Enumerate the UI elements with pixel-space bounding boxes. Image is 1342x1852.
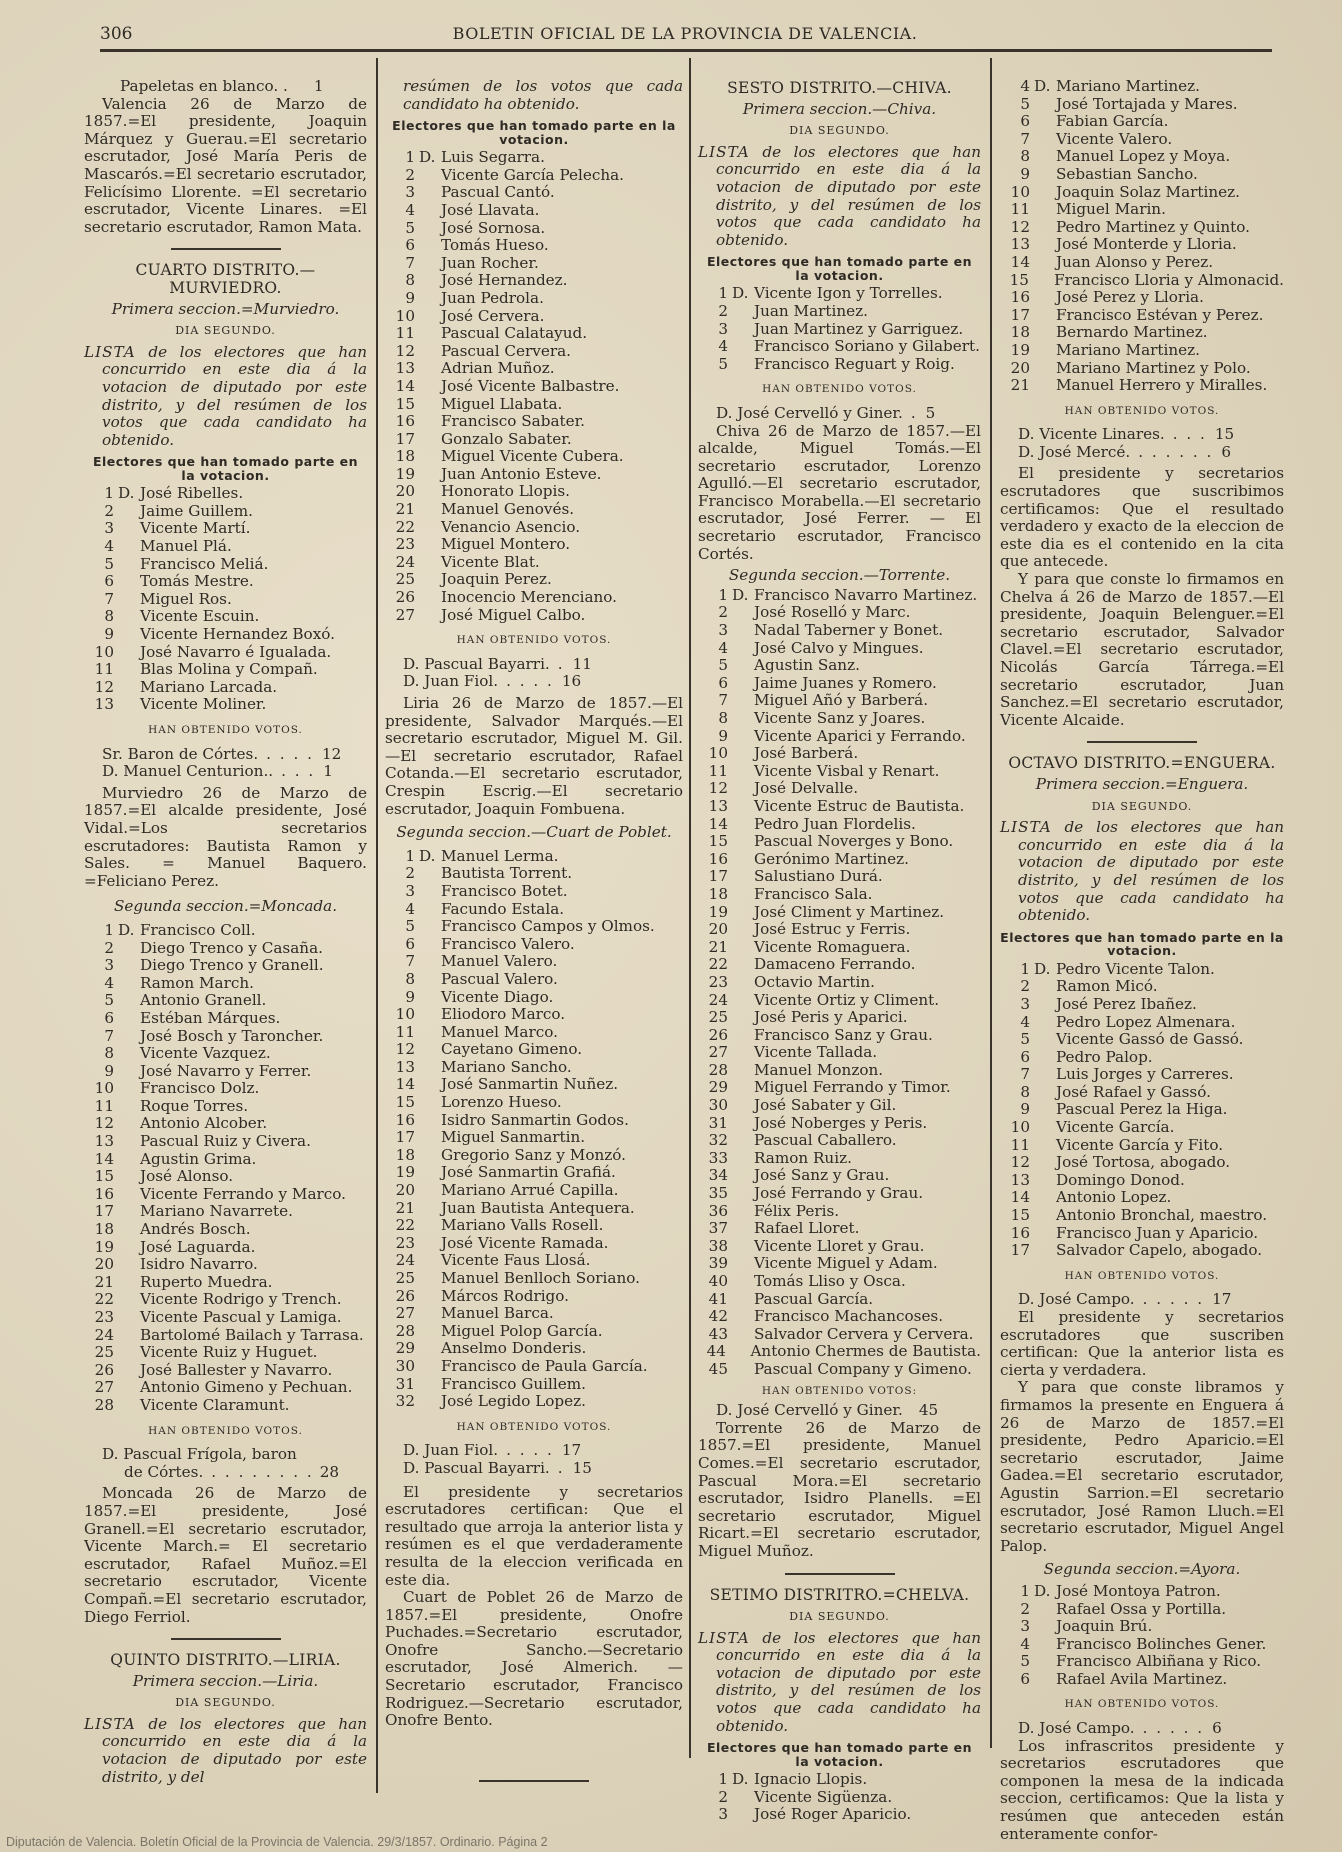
elector-name: Tomás Hueso. bbox=[441, 237, 683, 255]
elector-row: 20Mariano Arrué Capilla. bbox=[385, 1182, 683, 1200]
elector-name: José Miguel Calbo. bbox=[441, 607, 683, 625]
elector-number: 17 bbox=[385, 1129, 419, 1147]
elector-row: 14Antonio Lopez. bbox=[1000, 1189, 1284, 1207]
honorific bbox=[118, 1098, 140, 1116]
honorific: D. bbox=[118, 485, 140, 503]
elector-name: Honorato Llopis. bbox=[441, 483, 683, 501]
elector-list: 1D.Pedro Vicente Talon.2Ramon Micó.3José… bbox=[1000, 961, 1284, 1260]
elector-row: 4D.Mariano Martinez. bbox=[1000, 78, 1284, 96]
elector-number: 37 bbox=[698, 1220, 732, 1238]
elector-number: 16 bbox=[698, 851, 732, 869]
elector-number: 4 bbox=[84, 538, 118, 556]
honorific bbox=[419, 936, 441, 954]
elector-row: 16Vicente Ferrando y Marco. bbox=[84, 1186, 367, 1204]
honorific bbox=[732, 640, 754, 658]
elector-number: 12 bbox=[1000, 1154, 1034, 1172]
elector-name: Félix Peris. bbox=[754, 1203, 981, 1221]
elector-row: 12José Delvalle. bbox=[698, 780, 981, 798]
honorific bbox=[419, 237, 441, 255]
honorific bbox=[419, 1182, 441, 1200]
elector-number: 16 bbox=[1000, 289, 1034, 307]
elector-row: 24Vicente Faus Llosá. bbox=[385, 1252, 683, 1270]
elector-number: 15 bbox=[84, 1168, 118, 1186]
vote-row: Sr. Baron de Córtes.. . . .12 bbox=[84, 746, 367, 764]
elector-row: 40Tomás Lliso y Osca. bbox=[698, 1273, 981, 1291]
elector-name: Ramon Ruiz. bbox=[754, 1150, 981, 1168]
elector-row: 15Francisco Lloria y Almonacid. bbox=[1000, 272, 1284, 290]
elector-number: 5 bbox=[1000, 1031, 1034, 1049]
elector-name: Bernardo Martinez. bbox=[1056, 324, 1284, 342]
honorific bbox=[419, 1376, 441, 1394]
elector-name: José Montoya Patron. bbox=[1056, 1583, 1284, 1601]
elector-number: 22 bbox=[698, 956, 732, 974]
elector-row: 17Francisco Estévan y Perez. bbox=[1000, 307, 1284, 325]
honorific bbox=[118, 1028, 140, 1046]
elector-number: 26 bbox=[84, 1362, 118, 1380]
elector-name: Vicente Sanz y Joares. bbox=[754, 710, 981, 728]
elector-number: 12 bbox=[84, 1115, 118, 1133]
day-label: DIA SEGUNDO. bbox=[698, 122, 981, 140]
elector-number: 14 bbox=[385, 1076, 419, 1094]
elector-name: Francisco Albiñana y Rico. bbox=[1056, 1653, 1284, 1671]
elector-number: 9 bbox=[385, 989, 419, 1007]
elector-row: 29Miguel Ferrando y Timor. bbox=[698, 1079, 981, 1097]
honorific bbox=[118, 1362, 140, 1380]
elector-name: Jaime Juanes y Romero. bbox=[754, 675, 981, 693]
honorific bbox=[1034, 254, 1056, 272]
elector-name: Francisco Dolz. bbox=[140, 1080, 367, 1098]
elector-name: José Estruc y Ferris. bbox=[754, 921, 981, 939]
honorific bbox=[118, 1397, 140, 1415]
elector-row: 2Juan Martinez. bbox=[698, 303, 981, 321]
elector-row: 1D.Luis Segarra. bbox=[385, 149, 683, 167]
elector-number: 9 bbox=[84, 1063, 118, 1081]
honorific bbox=[732, 868, 754, 886]
elector-name: Manuel Barca. bbox=[441, 1305, 683, 1323]
elector-name: Vicente Diago. bbox=[441, 989, 683, 1007]
honorific bbox=[118, 975, 140, 993]
honorific bbox=[732, 1185, 754, 1203]
honorific bbox=[118, 626, 140, 644]
honorific bbox=[419, 571, 441, 589]
elector-row: 16Gerónimo Martinez. bbox=[698, 851, 981, 869]
elector-list: 1D.Luis Segarra.2Vicente García Pelecha.… bbox=[385, 149, 683, 624]
vote-row: D. Vicente Linares.. . .15 bbox=[1000, 426, 1284, 444]
votes-heading: HAN OBTENIDO VOTOS. bbox=[698, 381, 981, 399]
elector-number: 22 bbox=[385, 1217, 419, 1235]
elector-row: 21Manuel Herrero y Miralles. bbox=[1000, 377, 1284, 395]
candidate-name: D. Vicente Linares. bbox=[1018, 426, 1165, 444]
honorific: D. bbox=[732, 587, 754, 605]
elector-number: 8 bbox=[84, 1045, 118, 1063]
elector-number: 45 bbox=[698, 1361, 732, 1379]
elector-name: Vicente Martí. bbox=[140, 520, 367, 538]
elector-row: 25Joaquin Perez. bbox=[385, 571, 683, 589]
elector-row: 45Pascual Company y Gimeno. bbox=[698, 1361, 981, 1379]
honorific bbox=[419, 1358, 441, 1376]
elector-row: 32José Legido Lopez. bbox=[385, 1393, 683, 1411]
elector-name: Vicente Igon y Torrelles. bbox=[754, 285, 981, 303]
elector-number: 24 bbox=[385, 554, 419, 572]
honorific bbox=[419, 536, 441, 554]
honorific bbox=[1034, 148, 1056, 166]
elector-name: Juan Pedrola. bbox=[441, 290, 683, 308]
elector-row: 2José Roselló y Marc. bbox=[698, 604, 981, 622]
elector-name: Vicente Faus Llosá. bbox=[441, 1252, 683, 1270]
elector-number: 31 bbox=[698, 1115, 732, 1133]
elector-number: 32 bbox=[385, 1393, 419, 1411]
elector-row: 17Mariano Navarrete. bbox=[84, 1203, 367, 1221]
elector-name: Mariano Navarrete. bbox=[140, 1203, 367, 1221]
elector-row: 18Miguel Vicente Cubera. bbox=[385, 448, 683, 466]
elector-name: José Navarro é Igualada. bbox=[140, 644, 367, 662]
elector-row: 14Pedro Juan Flordelis. bbox=[698, 816, 981, 834]
elector-number: 20 bbox=[1000, 360, 1034, 378]
elector-row: 29Anselmo Donderis. bbox=[385, 1340, 683, 1358]
honorific bbox=[118, 1256, 140, 1274]
leader-dots: . . . . bbox=[506, 1442, 554, 1460]
elector-number: 2 bbox=[84, 503, 118, 521]
candidate-name: Sr. Baron de Córtes. bbox=[102, 746, 258, 764]
elector-number: 5 bbox=[84, 556, 118, 574]
elector-number: 20 bbox=[84, 1256, 118, 1274]
elector-number: 12 bbox=[385, 343, 419, 361]
elector-number: 32 bbox=[698, 1132, 732, 1150]
section-title: Primera seccion.—Chiva. bbox=[698, 101, 981, 119]
elector-number: 16 bbox=[1000, 1225, 1034, 1243]
elector-row: 10Vicente García. bbox=[1000, 1119, 1284, 1137]
honorific bbox=[118, 992, 140, 1010]
elector-name: Miguel Sanmartin. bbox=[441, 1129, 683, 1147]
elector-row: 15José Alonso. bbox=[84, 1168, 367, 1186]
elector-name: Vicente Vazquez. bbox=[140, 1045, 367, 1063]
elector-number: 2 bbox=[698, 303, 732, 321]
elector-row: 7Luis Jorges y Carreres. bbox=[1000, 1066, 1284, 1084]
elector-row: 15Antonio Bronchal, maestro. bbox=[1000, 1207, 1284, 1225]
section-title: Primera seccion.—Liria. bbox=[84, 1673, 367, 1691]
elector-row: 19José Laguarda. bbox=[84, 1239, 367, 1257]
elector-name: José Noberges y Peris. bbox=[754, 1115, 981, 1133]
elector-number: 25 bbox=[385, 1270, 419, 1288]
elector-row: 26José Ballester y Navarro. bbox=[84, 1362, 367, 1380]
elector-name: Isidro Sanmartin Godos. bbox=[441, 1112, 683, 1130]
elector-row: 25José Peris y Aparici. bbox=[698, 1009, 981, 1027]
vote-count: 6 bbox=[1212, 1720, 1222, 1738]
elector-name: José Sabater y Gil. bbox=[754, 1097, 981, 1115]
elector-row: 7Miguel Añó y Barberá. bbox=[698, 692, 981, 710]
elector-number: 25 bbox=[385, 571, 419, 589]
elector-number: 19 bbox=[84, 1239, 118, 1257]
honorific bbox=[1034, 131, 1056, 149]
elector-row: 13Mariano Sancho. bbox=[385, 1059, 683, 1077]
elector-name: Joaquin Brú. bbox=[1056, 1618, 1284, 1636]
elector-row: 9Sebastian Sancho. bbox=[1000, 166, 1284, 184]
elector-row: 30Francisco de Paula García. bbox=[385, 1358, 683, 1376]
honorific bbox=[732, 992, 754, 1010]
honorific bbox=[419, 1235, 441, 1253]
honorific bbox=[419, 431, 441, 449]
elector-row: 8Pascual Valero. bbox=[385, 971, 683, 989]
elector-row: 41Pascual García. bbox=[698, 1291, 981, 1309]
elector-name: Miguel Añó y Barberá. bbox=[754, 692, 981, 710]
votes-heading: HAN OBTENIDO VOTOS. bbox=[385, 1419, 683, 1437]
honorific bbox=[1034, 1066, 1056, 1084]
elector-number: 12 bbox=[1000, 219, 1034, 237]
electors-heading: Electores que han tomado parte en la vot… bbox=[1000, 931, 1284, 958]
elector-number: 44 bbox=[698, 1343, 730, 1361]
elector-name: José Delvalle. bbox=[754, 780, 981, 798]
elector-row: 4Ramon March. bbox=[84, 975, 367, 993]
elector-name: Vicente Ruiz y Huguet. bbox=[140, 1344, 367, 1362]
honorific bbox=[732, 321, 754, 339]
honorific bbox=[419, 343, 441, 361]
elector-row: 37Rafael Lloret. bbox=[698, 1220, 981, 1238]
elector-row: 22Mariano Valls Rosell. bbox=[385, 1217, 683, 1235]
elector-row: 27Vicente Tallada. bbox=[698, 1044, 981, 1062]
elector-number: 3 bbox=[698, 1806, 732, 1824]
elector-number: 8 bbox=[385, 971, 419, 989]
elector-number: 33 bbox=[698, 1150, 732, 1168]
honorific bbox=[732, 1150, 754, 1168]
elector-name: José Tortajada y Mares. bbox=[1056, 96, 1284, 114]
elector-name: Pascual Cervera. bbox=[441, 343, 683, 361]
honorific bbox=[419, 989, 441, 1007]
elector-row: 8Vicente Escuin. bbox=[84, 608, 367, 626]
elector-row: 10José Barberá. bbox=[698, 745, 981, 763]
elector-number: 9 bbox=[698, 728, 732, 746]
elector-name: Rafael Ossa y Portilla. bbox=[1056, 1601, 1284, 1619]
elector-row: 19Mariano Martinez. bbox=[1000, 342, 1284, 360]
elector-row: 28Vicente Claramunt. bbox=[84, 1397, 367, 1415]
elector-name: Octavio Martin. bbox=[754, 974, 981, 992]
elector-name: Francisco de Paula García. bbox=[441, 1358, 683, 1376]
elector-number: 9 bbox=[385, 290, 419, 308]
elector-row: 38Vicente Lloret y Grau. bbox=[698, 1238, 981, 1256]
honorific bbox=[419, 1094, 441, 1112]
elector-name: Francisco Valero. bbox=[441, 936, 683, 954]
chelva-signature: Y para que conste lo firmamos en Chelva … bbox=[1000, 571, 1284, 729]
elector-number: 15 bbox=[698, 833, 732, 851]
elector-row: 4Francisco Soriano y Gilabert. bbox=[698, 338, 981, 356]
elector-name: José Legido Lopez. bbox=[441, 1393, 683, 1411]
elector-name: Vicente Estruc de Bautista. bbox=[754, 798, 981, 816]
honorific bbox=[419, 1200, 441, 1218]
elector-name: Francisco Soriano y Gilabert. bbox=[754, 338, 981, 356]
honorific bbox=[732, 1291, 754, 1309]
elector-row: 6Fabian García. bbox=[1000, 113, 1284, 131]
honorific bbox=[118, 573, 140, 591]
elector-name: Antonio Alcober. bbox=[140, 1115, 367, 1133]
elector-row: 17Miguel Sanmartin. bbox=[385, 1129, 683, 1147]
elector-row: 5Vicente Gassó de Gassó. bbox=[1000, 1031, 1284, 1049]
elector-row: 5José Tortajada y Mares. bbox=[1000, 96, 1284, 114]
votes-heading: HAN OBTENIDO VOTOS. bbox=[84, 1423, 367, 1441]
elector-name: Francisco Bolinches Gener. bbox=[1056, 1636, 1284, 1654]
honorific bbox=[1034, 1671, 1056, 1689]
elector-number: 19 bbox=[1000, 342, 1034, 360]
elector-number: 21 bbox=[385, 501, 419, 519]
vote-count: 15 bbox=[573, 1460, 592, 1478]
elector-name: Vicente Gassó de Gassó. bbox=[1056, 1031, 1284, 1049]
elector-number: 15 bbox=[385, 1094, 419, 1112]
honorific bbox=[419, 220, 441, 238]
elector-row: 23José Vicente Ramada. bbox=[385, 1235, 683, 1253]
elector-number: 7 bbox=[84, 1028, 118, 1046]
vote-count: 45 bbox=[919, 1402, 938, 1420]
elector-name: Francisco Estévan y Perez. bbox=[1056, 307, 1284, 325]
elector-number: 10 bbox=[1000, 1119, 1034, 1137]
candidate-name: D. Juan Fiol. bbox=[403, 673, 498, 691]
elector-row: 9Pascual Perez la Higa. bbox=[1000, 1101, 1284, 1119]
elector-number: 18 bbox=[385, 448, 419, 466]
elector-row: 20José Estruc y Ferris. bbox=[698, 921, 981, 939]
vote-count: 16 bbox=[562, 673, 581, 691]
honorific bbox=[118, 520, 140, 538]
honorific bbox=[419, 918, 441, 936]
elector-number: 3 bbox=[698, 622, 732, 640]
honorific bbox=[118, 661, 140, 679]
elector-number: 6 bbox=[1000, 1671, 1034, 1689]
elector-number: 27 bbox=[385, 1305, 419, 1323]
elector-name: Facundo Estala. bbox=[441, 901, 683, 919]
elector-name: Ramon March. bbox=[140, 975, 367, 993]
honorific bbox=[1034, 1031, 1056, 1049]
elector-row: 13José Monterde y Lloria. bbox=[1000, 236, 1284, 254]
elector-name: Manuel Monzon. bbox=[754, 1062, 981, 1080]
elector-number: 1 bbox=[1000, 961, 1034, 979]
honorific bbox=[419, 360, 441, 378]
elector-name: Vicente Ferrando y Marco. bbox=[140, 1186, 367, 1204]
elector-row: 4Pedro Lopez Almenara. bbox=[1000, 1014, 1284, 1032]
electors-heading: Electores que han tomado parte en la vot… bbox=[385, 119, 683, 146]
honorific bbox=[1034, 996, 1056, 1014]
elector-number: 25 bbox=[84, 1344, 118, 1362]
honorific bbox=[732, 1220, 754, 1238]
honorific bbox=[732, 1326, 754, 1344]
honorific bbox=[1034, 236, 1056, 254]
elector-name: Miguel Llabata. bbox=[441, 396, 683, 414]
honorific bbox=[732, 728, 754, 746]
candidate-name: D. José Cervelló y Giner. bbox=[716, 405, 903, 423]
elector-name: Eliodoro Marco. bbox=[441, 1006, 683, 1024]
elector-name: Ruperto Muedra. bbox=[140, 1274, 367, 1292]
elector-row: 12Mariano Larcada. bbox=[84, 679, 367, 697]
elector-name: Rafael Avila Martinez. bbox=[1056, 1671, 1284, 1689]
honorific bbox=[732, 904, 754, 922]
honorific bbox=[419, 184, 441, 202]
elector-row: 16Francisco Juan y Aparicio. bbox=[1000, 1225, 1284, 1243]
elector-number: 24 bbox=[385, 1252, 419, 1270]
honorific bbox=[419, 1059, 441, 1077]
honorific bbox=[1034, 1189, 1056, 1207]
elector-name: Manuel Valero. bbox=[441, 953, 683, 971]
honorific bbox=[419, 272, 441, 290]
column-2: resúmen de los votos que cada candidato … bbox=[385, 78, 683, 1794]
elector-row: 23Miguel Montero. bbox=[385, 536, 683, 554]
honorific: D. bbox=[1034, 1583, 1056, 1601]
elector-name: Miguel Ferrando y Timor. bbox=[754, 1079, 981, 1097]
district-title: SETIMO DISTRITRO.=CHELVA. bbox=[698, 1587, 981, 1605]
elector-row: 1D.Pedro Vicente Talon. bbox=[1000, 961, 1284, 979]
honorific bbox=[732, 886, 754, 904]
elector-row: 12Pascual Cervera. bbox=[385, 343, 683, 361]
elector-number: 10 bbox=[385, 1006, 419, 1024]
elector-number: 14 bbox=[84, 1151, 118, 1169]
elector-row: 6Tomás Hueso. bbox=[385, 237, 683, 255]
honorific bbox=[419, 290, 441, 308]
honorific bbox=[1034, 1618, 1056, 1636]
section-title: Segunda seccion.=Ayora. bbox=[1000, 1561, 1284, 1579]
elector-number: 2 bbox=[385, 865, 419, 883]
elector-number: 24 bbox=[698, 992, 732, 1010]
honorific bbox=[118, 503, 140, 521]
elector-number: 17 bbox=[1000, 1242, 1034, 1260]
elector-name: Nadal Taberner y Bonet. bbox=[754, 622, 981, 640]
honorific bbox=[1034, 1119, 1056, 1137]
elector-number: 16 bbox=[385, 413, 419, 431]
elector-name: Vicente Rodrigo y Trench. bbox=[140, 1291, 367, 1309]
elector-name: Pascual Noverges y Bono. bbox=[754, 833, 981, 851]
elector-row: 1D.Vicente Igon y Torrelles. bbox=[698, 285, 981, 303]
elector-number: 13 bbox=[385, 360, 419, 378]
column-divider bbox=[689, 58, 691, 1758]
elector-number: 4 bbox=[84, 975, 118, 993]
elector-row: 27Antonio Gimeno y Pechuan. bbox=[84, 1379, 367, 1397]
elector-name: Joaquin Solaz Martinez. bbox=[1056, 184, 1284, 202]
elector-name: Pascual Caballero. bbox=[754, 1132, 981, 1150]
elector-number: 6 bbox=[84, 573, 118, 591]
elector-number: 5 bbox=[385, 918, 419, 936]
elector-number: 30 bbox=[385, 1358, 419, 1376]
elector-number: 4 bbox=[385, 202, 419, 220]
elector-row: 1D.Ignacio Llopis. bbox=[698, 1771, 981, 1789]
leader-dots: . . . . bbox=[506, 673, 554, 691]
elector-number: 3 bbox=[1000, 1618, 1034, 1636]
honorific bbox=[1034, 219, 1056, 237]
elector-row: 13Vicente Estruc de Bautista. bbox=[698, 798, 981, 816]
honorific bbox=[118, 1045, 140, 1063]
honorific bbox=[1034, 201, 1056, 219]
elector-name: Manuel Herrero y Miralles. bbox=[1056, 377, 1284, 395]
honorific bbox=[118, 1291, 140, 1309]
elector-number: 2 bbox=[385, 167, 419, 185]
elector-row: 13Adrian Muñoz. bbox=[385, 360, 683, 378]
column-divider bbox=[990, 58, 992, 1748]
elector-row: 16José Perez y Lloria. bbox=[1000, 289, 1284, 307]
elector-name: Pascual Ruiz y Civera. bbox=[140, 1133, 367, 1151]
elector-number: 41 bbox=[698, 1291, 732, 1309]
elector-name: Francisco Sanz y Grau. bbox=[754, 1027, 981, 1045]
elector-row: 5Francisco Reguart y Roig. bbox=[698, 356, 981, 374]
vote-row: D. José Cervelló y Giner..5 bbox=[698, 405, 981, 423]
elector-name: José Laguarda. bbox=[140, 1239, 367, 1257]
elector-number: 3 bbox=[84, 520, 118, 538]
honorific bbox=[1034, 342, 1056, 360]
honorific: D. bbox=[1034, 78, 1056, 96]
vote-row: D. José Cervelló y Giner.45 bbox=[698, 1402, 981, 1420]
honorific bbox=[732, 780, 754, 798]
elector-row: 3Diego Trenco y Granell. bbox=[84, 957, 367, 975]
elector-row: 11Blas Molina y Compañ. bbox=[84, 661, 367, 679]
honorific bbox=[419, 901, 441, 919]
honorific bbox=[732, 1097, 754, 1115]
honorific bbox=[732, 1806, 754, 1824]
elector-row: 4José Llavata. bbox=[385, 202, 683, 220]
column-4: 4D.Mariano Martinez.5José Tortajada y Ma… bbox=[1000, 78, 1284, 1843]
elector-row: 18Andrés Bosch. bbox=[84, 1221, 367, 1239]
leader-dots: . bbox=[558, 1460, 565, 1478]
honorific bbox=[732, 1044, 754, 1062]
